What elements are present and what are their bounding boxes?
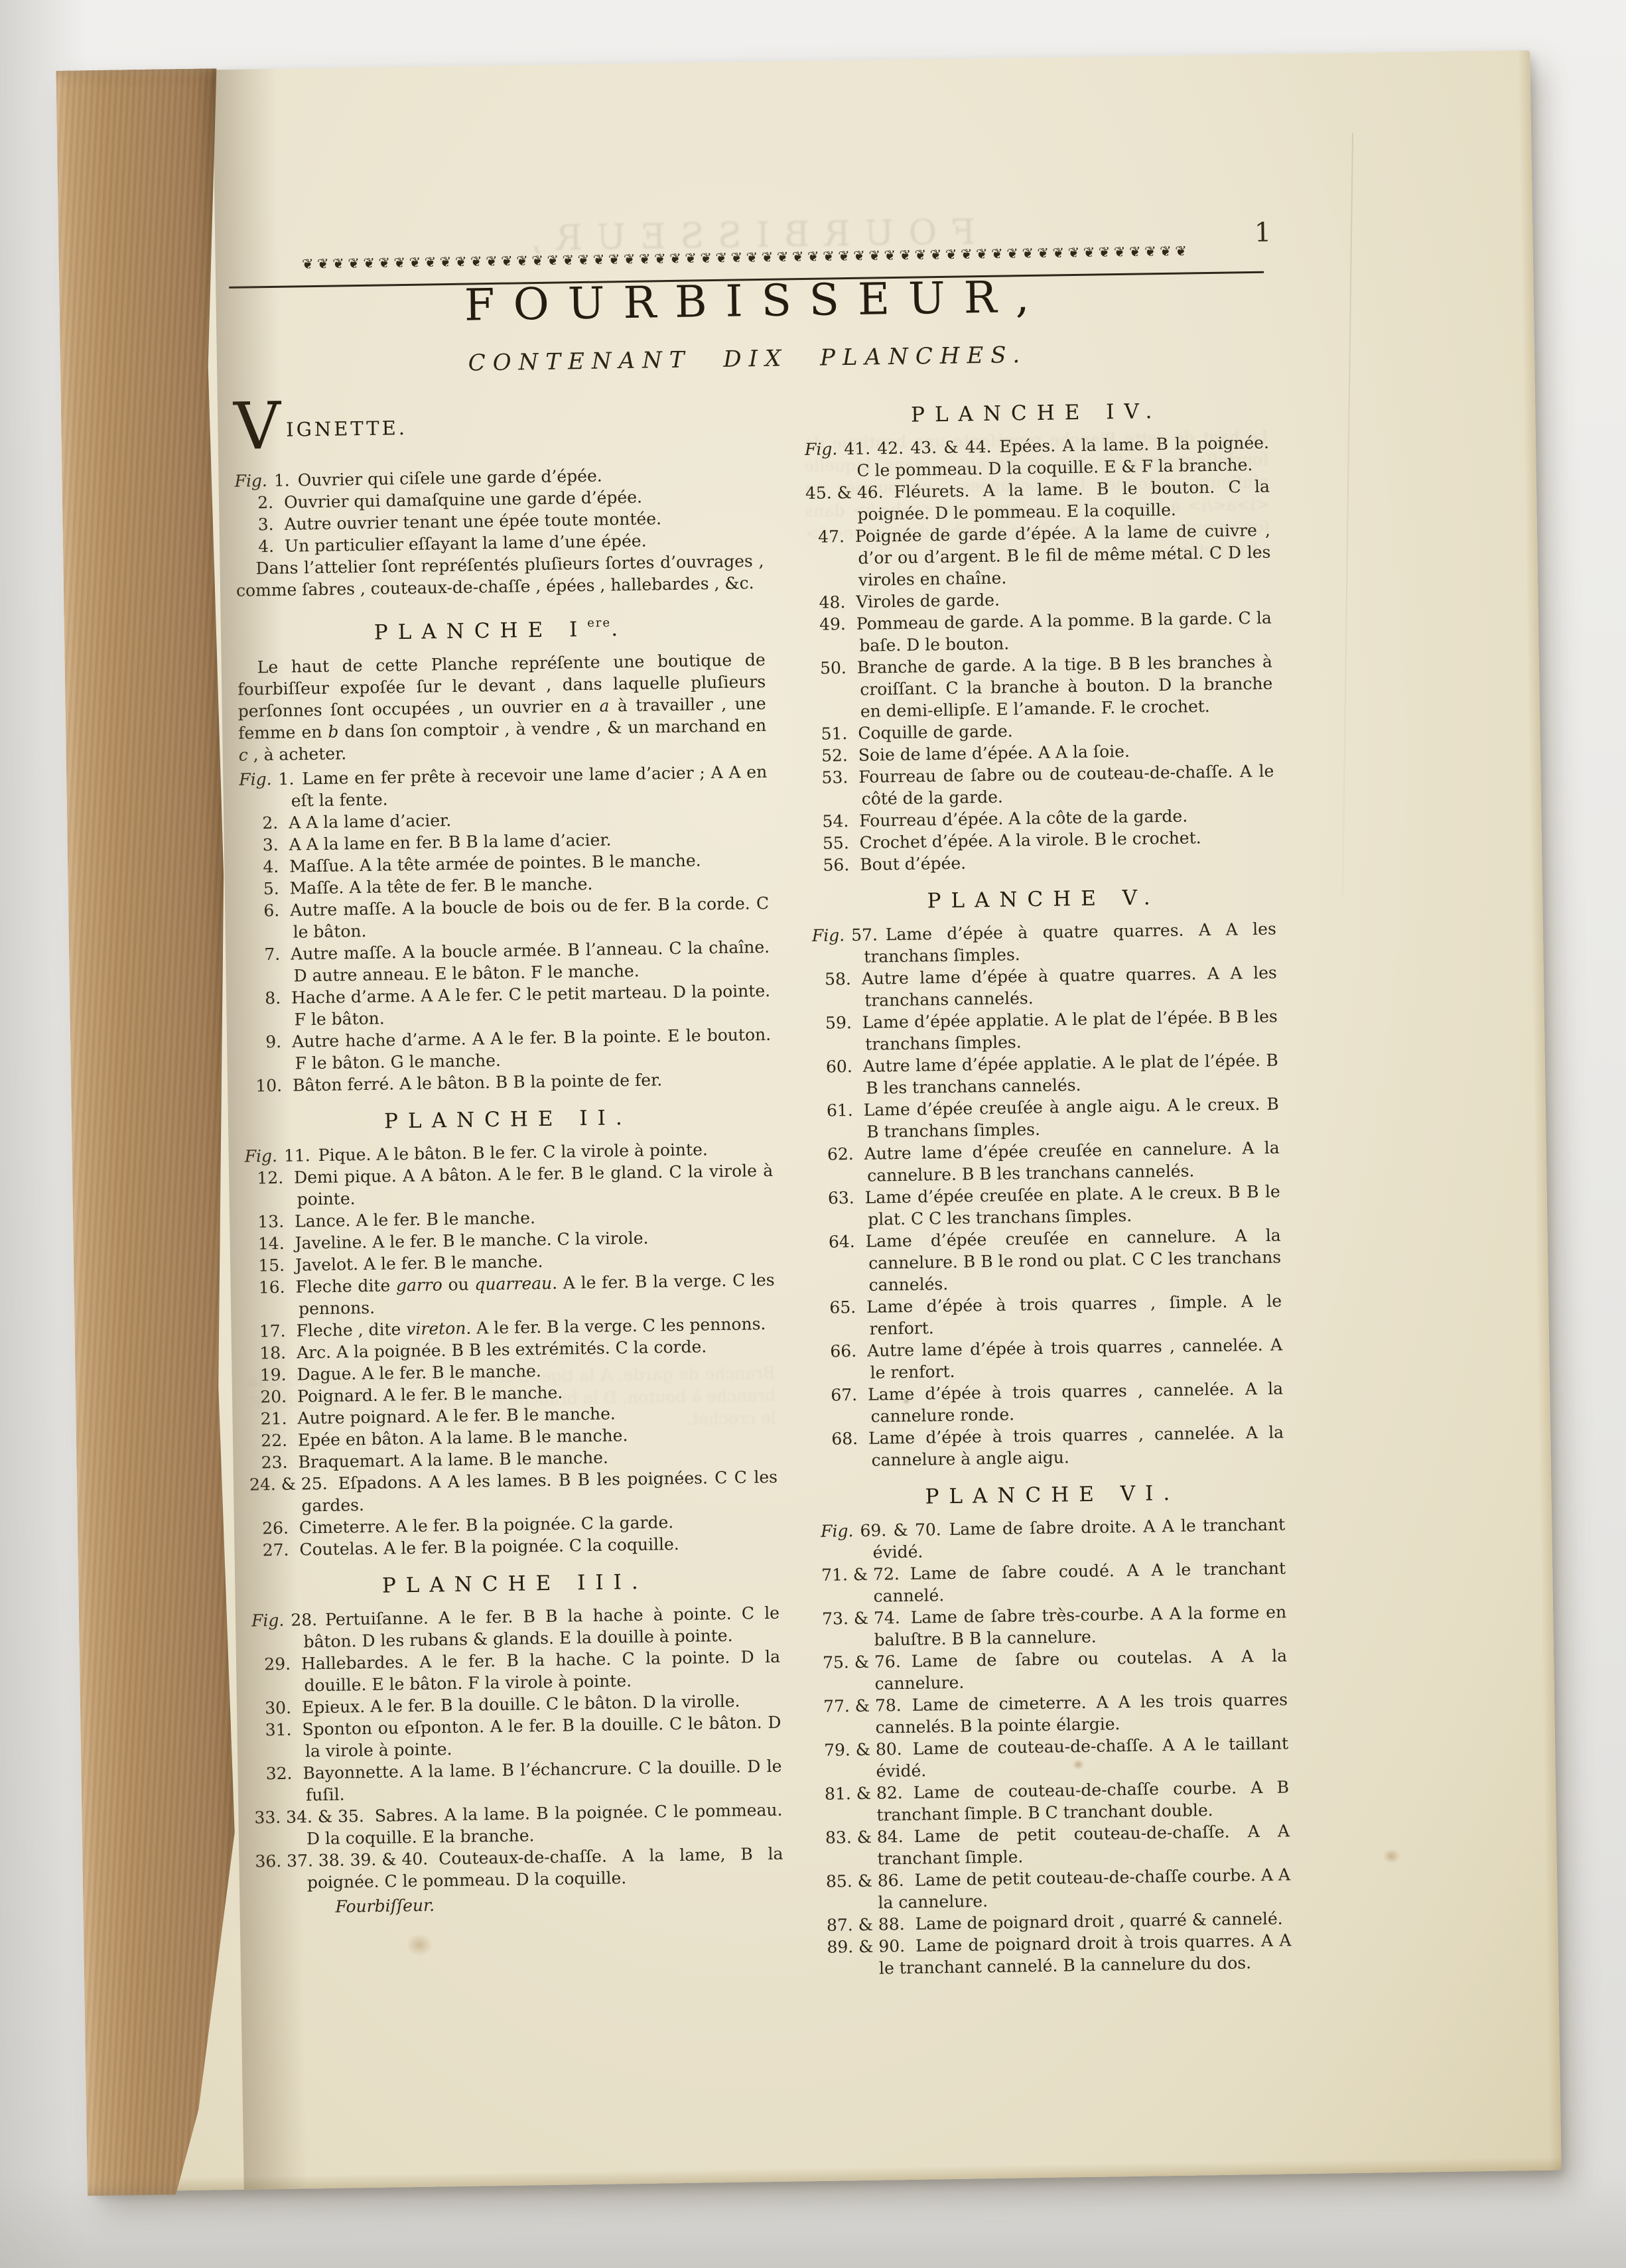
figure-number: 75. & 76. — [823, 1650, 912, 1674]
figure-text: Lame de ſabre très-courbe. A A la forme … — [874, 1602, 1286, 1649]
figure-number: 83. & 84. — [825, 1826, 914, 1849]
figure-number: 55. — [811, 832, 860, 854]
figure-item: Fig.57.Lame d’épée à quatre quarres. A A… — [812, 918, 1277, 968]
figure-item: Fig.41. 42. 43. & 44.Epées. A la lame. B… — [805, 432, 1270, 482]
figure-text: Lame de couteau-de-chaſſe. A A le tailla… — [876, 1733, 1288, 1780]
figure-text: Epée en bâton. A la lame. B le manche. — [298, 1426, 628, 1449]
figure-item: 79. & 80.Lame de couteau-de-chaſſe. A A … — [824, 1732, 1289, 1782]
figure-item: 8.Hache d’arme. A A le fer. C le petit m… — [242, 980, 771, 1032]
planche-3-heading: PLANCHE III. — [251, 1569, 779, 1599]
figure-text: Autre lame d’épée à quatre quarres. A A … — [862, 963, 1277, 1010]
figure-number: 57. — [851, 925, 886, 945]
planche-1-intro: Le haut de cette Planche repréſente une … — [237, 649, 767, 766]
fig-label: Fig. — [805, 439, 845, 459]
figure-text: Lame d’épée à trois quarres , cannelée. … — [868, 1422, 1284, 1469]
figure-number: 56. — [811, 854, 860, 876]
figure-text: Autre lame d’épée creuſée en cannelure. … — [864, 1138, 1280, 1185]
paper-crease — [1342, 133, 1353, 896]
figure-text: Viroles de garde. — [856, 590, 1000, 612]
figure-text: Lame de ſabre coudé. A A le tranchant ca… — [873, 1558, 1286, 1605]
figure-item: 66.Autre lame d’épée à trois quarres , c… — [818, 1334, 1283, 1384]
planche-1-list: Fig.1.Lame en fer prête à recevoir une l… — [239, 761, 772, 1097]
figure-item: 58.Autre lame d’épée à quatre quarres. A… — [813, 962, 1278, 1012]
figure-text: Lame de petit couteau-de-chaſſe. A A tra… — [877, 1821, 1290, 1868]
figure-item: 64.Lame d’épée creuſée en cannelure. A l… — [816, 1225, 1281, 1297]
figure-number: 87. & 88. — [827, 1913, 915, 1936]
figure-item: 47.Poignée de garde d’épée. A la lame de… — [806, 519, 1271, 592]
figure-number: 63. — [815, 1187, 864, 1209]
figure-item: 61.Lame d’épée creuſée à angle aigu. A l… — [815, 1093, 1280, 1144]
figure-text: Coquille de garde. — [858, 721, 1013, 742]
planche-4-heading: PLANCHE IV. — [804, 399, 1268, 428]
figure-text: Lame de ſabre ou coutelas. A A la cannel… — [874, 1646, 1287, 1693]
column-right: PLANCHE IV. Fig.41. 42. 43. & 44.Epées. … — [804, 383, 1292, 1980]
planche-2-heading: PLANCHE II. — [244, 1105, 772, 1135]
page-subtitle: CONTENANT DIX PLANCHES. — [233, 338, 1262, 380]
figure-text: Autre lame d’épée à trois quarres , cann… — [867, 1335, 1282, 1382]
figure-number: 58. — [813, 968, 862, 990]
figure-text: Bout d’épée. — [860, 854, 966, 874]
figure-item: 31.Sponton ou eſponton. A le fer. B la d… — [253, 1711, 781, 1763]
figure-item: 63.Lame d’épée creuſée en plate. A le cr… — [815, 1181, 1280, 1231]
figure-text: Crochet d’épée. A la virole. B le croche… — [860, 828, 1201, 852]
figure-item: 81. & 82.Lame de couteau-de-chaſſe courb… — [825, 1776, 1290, 1826]
figure-text: Lame d’épée applatie. A le plat de l’épé… — [862, 1007, 1278, 1054]
vignette-list: Fig.1.Ouvrier qui ciſele une garde d’épé… — [234, 462, 764, 558]
catchword: Fourbiſſeur. — [335, 1889, 783, 1918]
planche-6-list: Fig.69. & 70.Lame de ſabre droite. A A l… — [821, 1513, 1292, 1979]
figure-number: 53. — [809, 766, 858, 789]
figure-number: 71. & 72. — [821, 1563, 910, 1586]
figure-text: Dague. A le fer. B le manche. — [297, 1361, 541, 1384]
figure-text: Lame d’épée à trois quarres , ſimple. A … — [866, 1292, 1282, 1339]
figure-item: 77. & 78.Lame de cimeterre. A A les troi… — [823, 1688, 1288, 1739]
figure-number: 77. & 78. — [823, 1694, 912, 1717]
figure-item: 83. & 84.Lame de petit couteau-de-chaſſe… — [825, 1820, 1290, 1870]
figure-text: Lame d’épée creuſée en cannelure. A la c… — [865, 1226, 1281, 1295]
figure-item: 32.Bayonnette. A la lame. B l’échancrure… — [253, 1755, 782, 1807]
figure-number: 65. — [817, 1296, 866, 1319]
figure-text: Hache d’arme. A A le fer. C le petit mar… — [291, 981, 770, 1030]
figure-item: 29.Hallebardes. A le fer. B la hache. C … — [252, 1646, 781, 1698]
stain — [1383, 1849, 1400, 1863]
planche-1-heading-text: PLANCHE I — [374, 618, 588, 645]
figure-number: 79. & 80. — [824, 1738, 913, 1761]
figure-item: 24. & 25.Eſpadons. A A les lames. B B le… — [249, 1466, 778, 1518]
figure-item: 16.Fleche dite garro ou quarreau. A le f… — [246, 1269, 775, 1321]
vignette-heading: VIGNETTE. — [234, 391, 762, 462]
figure-text: Soie de lame d’épée. A A la ſoie. — [858, 742, 1130, 765]
planche-1-heading-sup: ere — [587, 616, 611, 630]
figure-item: 7.Autre maſſe. A la boucle armée. B l’an… — [241, 936, 770, 988]
fig-label: Fig. — [812, 925, 852, 945]
figure-item: 67.Lame d’épée à trois quarres , cannelé… — [819, 1377, 1284, 1428]
figure-number: 47. — [806, 525, 855, 548]
figure-item: 65.Lame d’épée à trois quarres , ſimple.… — [817, 1290, 1282, 1341]
figure-text: Autre hache d’arme. A A le fer. B la poi… — [292, 1025, 771, 1073]
figure-text: Coutelas. A le fer. B la poignée. C la c… — [299, 1534, 679, 1559]
figure-text: Sponton ou eſponton. A le fer. B la doui… — [302, 1713, 781, 1761]
vignette-heading-text: IGNETTE. — [286, 417, 407, 441]
figure-number: 81. & 82. — [825, 1782, 914, 1805]
figure-item: 75. & 76.Lame de ſabre ou coutelas. A A … — [823, 1644, 1288, 1695]
figure-text: Lame d’épée creuſée en plate. A le creux… — [865, 1182, 1280, 1229]
figure-item: 33. 34. & 35.Sabres. A la lame. B la poi… — [254, 1799, 783, 1851]
figure-text: Demi pique. A A bâton. A le fer. B le gl… — [294, 1161, 773, 1209]
figure-text: Lame de couteau-de-chaſſe courbe. A B tr… — [876, 1777, 1289, 1824]
figure-number: 52. — [809, 744, 858, 767]
planche-5-list: Fig.57.Lame d’épée à quatre quarres. A A… — [812, 918, 1284, 1472]
figure-item: 60.Autre lame d’épée applatie. A le plat… — [814, 1049, 1279, 1100]
figure-text: Lame de petit couteau-de-chaſſe courbe. … — [878, 1865, 1290, 1912]
figure-text: Pommeau de garde. A la pomme. B la garde… — [856, 608, 1272, 655]
figure-text: Lame de cimeterre. A A les trois quarres… — [875, 1690, 1288, 1737]
figure-text: Fourreau d’épée. A la côte de la garde. — [859, 807, 1187, 831]
planche-5-heading: PLANCHE V. — [811, 886, 1276, 914]
figure-text: Javelot. A le fer. B le manche. — [295, 1252, 543, 1275]
figure-text: Ouvrier qui ciſele une garde d’épée. — [298, 466, 602, 490]
figure-text: Eſpadons. A A les lames. B B les poignée… — [301, 1467, 778, 1516]
figure-text: Lame d’épée à trois quarres , cannelée. … — [868, 1378, 1283, 1426]
book-page: FOURBISSEUR, Le haut de cette Planche re… — [61, 50, 1561, 2192]
figure-item: 59.Lame d’épée applatie. A le plat de l’… — [813, 1006, 1278, 1056]
vignette-note: Dans l’attelier ſont repréſentés pluſieu… — [236, 550, 764, 602]
figure-item: Fig.69. & 70.Lame de ſabre droite. A A l… — [821, 1513, 1286, 1564]
figure-text: Poignard. A le fer. B le manche. — [297, 1383, 563, 1406]
photo-backdrop: { "page": { "number": "1" }, "header": {… — [0, 0, 1626, 2268]
figure-text: Hallebardes. A le fer. B la hache. C la … — [301, 1647, 780, 1696]
figure-number: 59. — [813, 1012, 862, 1034]
figure-text: Poignée de garde d’épée. A la lame de cu… — [855, 521, 1271, 590]
figure-text: Fourreau de ſabre ou de couteau-de-chaſſ… — [858, 762, 1274, 809]
planche-1-heading: PLANCHE Iere. — [237, 610, 766, 646]
figure-number: 73. & 74. — [822, 1607, 911, 1630]
figure-item: 73. & 74.Lame de ſabre très-courbe. A A … — [822, 1601, 1287, 1651]
figure-number: 48. — [807, 591, 856, 614]
figure-item: 12.Demi pique. A A bâton. A le fer. B le… — [245, 1160, 774, 1211]
text-columns: VIGNETTE. Fig.1.Ouvrier qui ciſele une g… — [234, 383, 1292, 1989]
figure-text: Branche de garde. A la tige. B B les bra… — [857, 652, 1273, 721]
planche-6-heading: PLANCHE VI. — [820, 1481, 1284, 1509]
figure-text: Javeline. A le fer. B le manche. C la vi… — [295, 1229, 648, 1253]
figure-number: 61. — [815, 1099, 864, 1122]
figure-number: 49. — [807, 613, 856, 635]
figure-item: Fig.28.Pertuiſanne. A le fer. B B la hac… — [251, 1602, 780, 1654]
figure-number: 60. — [814, 1055, 863, 1078]
figure-text: Autre lame d’épée applatie. A le plat de… — [863, 1051, 1278, 1098]
figure-text: Lame d’épée à quatre quarres. A A les tr… — [864, 919, 1276, 967]
fig-label: Fig. — [821, 1521, 860, 1541]
figure-item: 53.Fourreau de ſabre ou de couteau-de-ch… — [809, 760, 1274, 811]
figure-text: Lance. A le fer. B le manche. — [295, 1208, 535, 1231]
figure-text: A A la lame en fer. B B la lame d’acier. — [289, 830, 612, 854]
figure-number: 45. & 46. — [805, 481, 894, 504]
planche-1-heading-dot: . — [611, 617, 628, 641]
figure-number: 62. — [815, 1143, 864, 1166]
figure-item: 45. & 46.Fléurets. A la lame. B le bouto… — [805, 476, 1270, 526]
figure-number: 68. — [819, 1428, 868, 1450]
figure-text: Braquemart. A la lame. B le manche. — [298, 1448, 608, 1472]
figure-number: 69. & 70. — [860, 1520, 949, 1540]
figure-text: Lame en fer prête à recevoir une lame d’… — [291, 762, 768, 811]
planche-4-list: Fig.41. 42. 43. & 44.Epées. A la lame. B… — [805, 432, 1276, 876]
figure-item: 49.Pommeau de garde. A la pomme. B la ga… — [807, 607, 1272, 657]
figure-item: 62.Autre lame d’épée creuſée en cannelur… — [815, 1137, 1280, 1187]
figure-item: 85. & 86.Lame de petit couteau-de-chaſſe… — [826, 1863, 1291, 1914]
figure-text: A A la lame d’acier. — [289, 811, 451, 833]
figure-item: 71. & 72.Lame de ſabre coudé. A A le tra… — [821, 1557, 1286, 1607]
figure-text: Lame d’épée creuſée à angle aigu. A le c… — [864, 1095, 1279, 1142]
figure-text: Maſſe. A la tête de fer. B le manche. — [289, 874, 592, 898]
figure-text: Autre maſſe. A la boucle armée. B l’anne… — [291, 937, 770, 986]
figure-number: 67. — [819, 1384, 868, 1406]
figure-number: 89. & 90. — [827, 1935, 915, 1958]
figure-text: Bâton ferré. A le bâton. B B la pointe d… — [293, 1070, 663, 1095]
figure-text: Bayonnette. A la lame. B l’échancrure. C… — [303, 1757, 781, 1805]
figure-number: 41. 42. 43. & 44. — [844, 437, 1000, 458]
figure-text: Autre maſſe. A la boucle de bois ou de f… — [290, 894, 769, 942]
column-left: VIGNETTE. Fig.1.Ouvrier qui ciſele une g… — [234, 391, 784, 1919]
figure-text: Pertuiſanne. A le fer. B B la hache à po… — [303, 1603, 779, 1652]
figure-item: 9.Autre hache d’arme. A A le fer. B la p… — [243, 1024, 772, 1075]
figure-number: 50. — [808, 657, 857, 679]
figure-item: 6.Autre maſſe. A la boucle de bois ou de… — [241, 892, 770, 944]
figure-item: 89. & 90.Lame de poignard droit à trois … — [827, 1929, 1292, 1979]
figure-number: 66. — [818, 1340, 867, 1363]
planche-3-list: Fig.28.Pertuiſanne. A le fer. B B la hac… — [251, 1602, 783, 1895]
figure-text: Fléurets. A la lame. B le bouton. C la p… — [857, 477, 1270, 524]
figure-item: 36. 37. 38. 39. & 40.Couteaux-de-chaſſe.… — [255, 1843, 783, 1895]
figure-item: 50.Branche de garde. A la tige. B B les … — [808, 651, 1273, 723]
figure-item: 68.Lame d’épée à trois quarres , cannelé… — [819, 1421, 1284, 1471]
figure-number: 54. — [810, 810, 859, 833]
figure-text: Fleche dite garro ou quarreau. A le fer.… — [295, 1270, 774, 1319]
figure-number: 64. — [816, 1231, 865, 1253]
figure-number: 51. — [809, 722, 858, 745]
figure-item: Fig.1.Lame en fer prête à recevoir une l… — [239, 761, 768, 813]
figure-text: Sabres. A la lame. B la poignée. C le po… — [306, 1800, 783, 1849]
figure-text: Lame de poignard droit à trois quarres. … — [879, 1930, 1292, 1977]
planche-2-list: Fig.11.Pique. A le bâton. B le fer. C la… — [244, 1138, 778, 1562]
figure-number: 85. & 86. — [826, 1869, 915, 1893]
figure-text: Autre poignard. A le fer. B le manche. — [297, 1404, 616, 1428]
